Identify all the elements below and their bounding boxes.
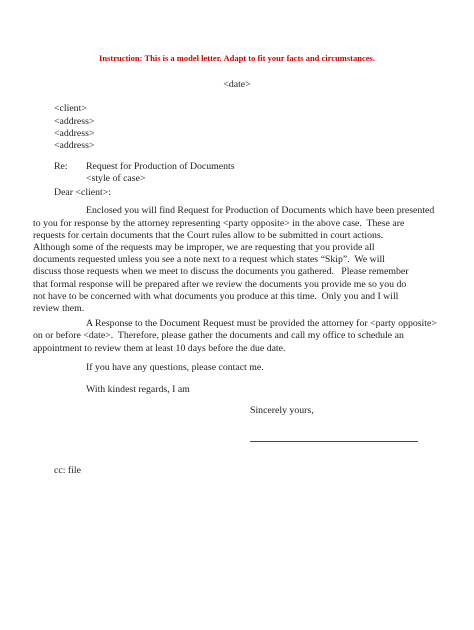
regards-line: With kindest regards, I am xyxy=(86,384,441,396)
re-subject: Request for Production of Documents xyxy=(86,161,235,173)
date-placeholder: <date> xyxy=(33,79,441,91)
paragraph-line: review them. xyxy=(33,303,441,315)
paragraph-line: to you for response by the attorney repr… xyxy=(33,218,441,230)
recipient-address-1: <address> xyxy=(54,116,441,128)
recipient-address-3: <address> xyxy=(54,140,441,152)
contact-line: If you have any questions, please contac… xyxy=(86,362,441,374)
paragraph-line: not have to be concerned with what docum… xyxy=(33,291,441,303)
letter-page: Instruction: This is a model letter. Ada… xyxy=(0,0,474,630)
paragraph-line: A Response to the Document Request must … xyxy=(33,318,441,330)
paragraph-line: that formal response will be prepared af… xyxy=(33,279,441,291)
paragraph-line: documents requested unless you see a not… xyxy=(33,254,441,266)
paragraph-line: Enclosed you will find Request for Produ… xyxy=(33,205,441,217)
salutation: Dear <client>: xyxy=(54,187,441,199)
instruction-banner: Instruction: This is a model letter. Ada… xyxy=(33,52,441,64)
paragraph-line: Although some of the requests may be imp… xyxy=(33,242,441,254)
cc-line: cc: file xyxy=(54,465,441,477)
recipient-client: <client> xyxy=(54,103,441,115)
signature-line xyxy=(250,441,418,442)
recipient-block: <client> <address> <address> <address> xyxy=(54,103,441,152)
body-paragraph-1: Enclosed you will find Request for Produ… xyxy=(33,205,441,315)
re-block: Re: Request for Production of Documents … xyxy=(54,161,441,185)
closing-line: Sincerely yours, xyxy=(250,405,441,417)
paragraph-line: requests for certain documents that the … xyxy=(33,230,441,242)
re-label: Re: xyxy=(54,161,86,173)
re-case-style: <style of case> xyxy=(86,173,235,185)
paragraph-line: appointment to review them at least 10 d… xyxy=(33,343,441,355)
paragraph-line: on or before <date>. Therefore, please g… xyxy=(33,330,441,342)
re-content: Request for Production of Documents <sty… xyxy=(86,161,235,185)
recipient-address-2: <address> xyxy=(54,128,441,140)
body-paragraph-2: A Response to the Document Request must … xyxy=(33,318,441,355)
paragraph-line: discuss those requests when we meet to d… xyxy=(33,266,441,278)
